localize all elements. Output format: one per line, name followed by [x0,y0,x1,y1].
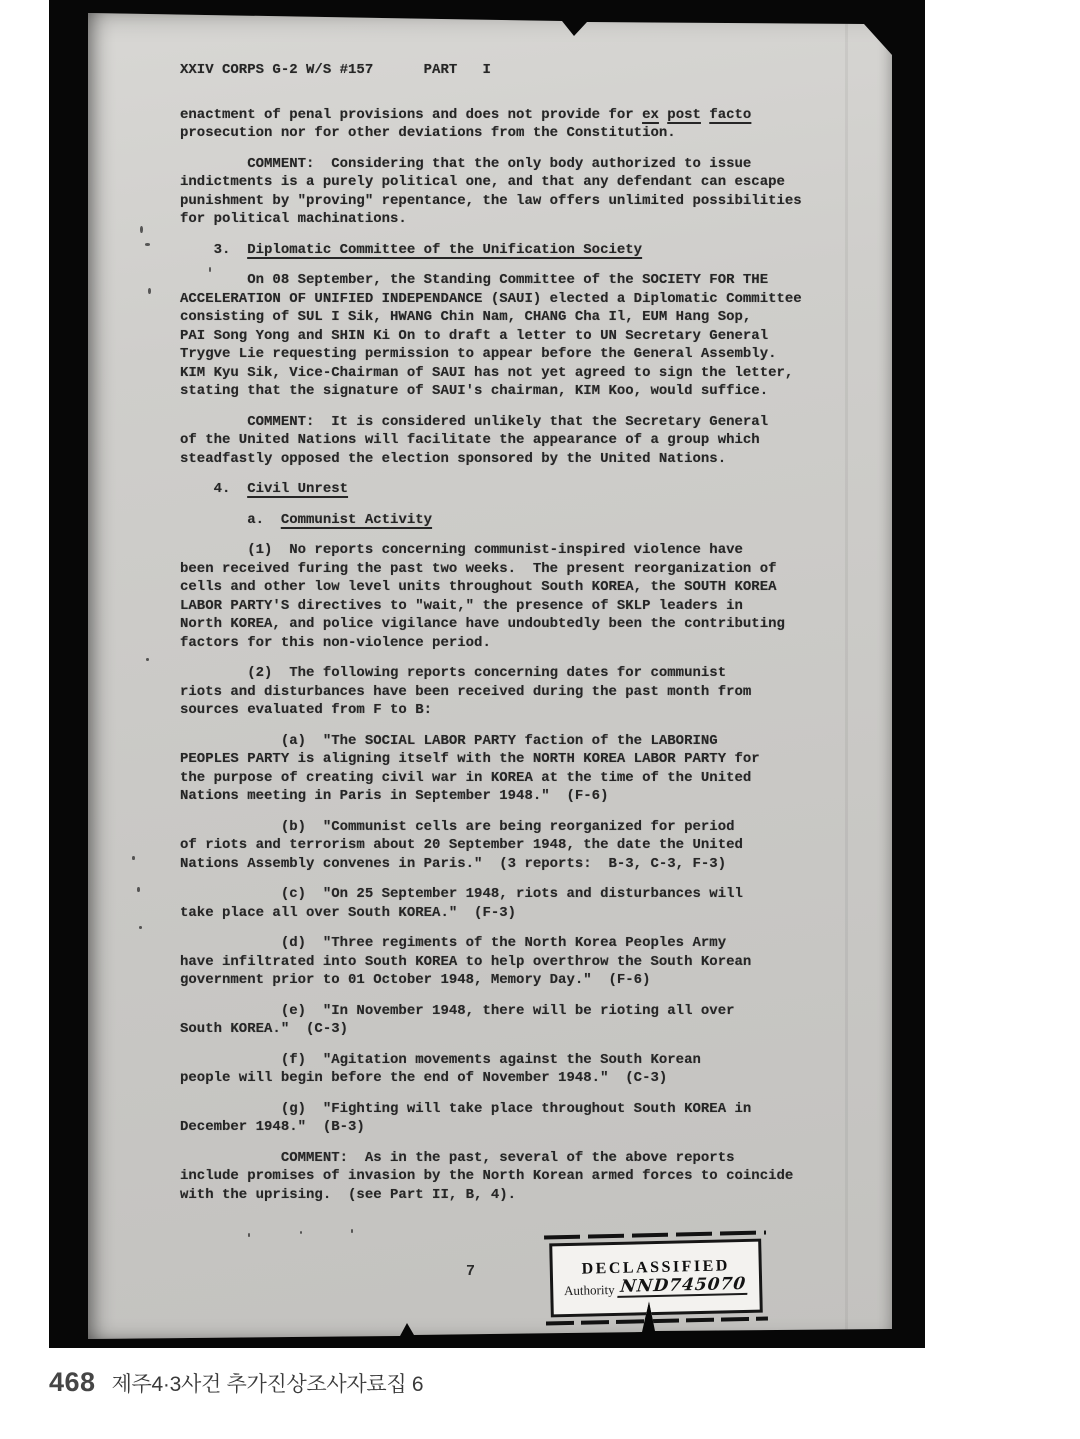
book-page-caption: 468 제주4·3사건 추가진상조사자료집 6 [49,1367,423,1398]
doc-line: (2) The following reports concerning dat… [180,664,848,683]
doc-line: Trygve Lie requesting permission to appe… [180,345,848,364]
doc-line: include promises of invasion by the Nort… [180,1167,848,1186]
doc-line: (e) "In November 1948, there will be rio… [180,1002,848,1021]
declassified-stamp: DECLASSIFIED Authority NND745070 [549,1239,763,1318]
stamp-authority-number: NND745070 [618,1276,750,1298]
doc-line: a. Communist Activity [180,511,848,530]
doc-line: COMMENT: As in the past, several of the … [180,1149,848,1168]
doc-block: (a) "The SOCIAL LABOR PARTY faction of t… [180,732,848,806]
doc-line: stating that the signature of SAUI's cha… [180,382,848,401]
scan-speck [209,267,211,272]
doc-line: sources evaluated from F to B: [180,701,848,720]
doc-block: (b) "Communist cells are being reorganiz… [180,818,848,874]
scanned-document-image: XXIV CORPS G-2 W/S #157 PART I enactment… [49,0,925,1348]
book-page-number: 468 [49,1367,96,1398]
doc-line: consisting of SUL I Sik, HWANG Chin Nam,… [180,308,848,327]
doc-line: enactment of penal provisions and does n… [180,106,848,125]
scan-speck [140,226,143,233]
doc-line: (d) "Three regiments of the North Korea … [180,934,848,953]
scan-speck [351,1229,353,1233]
doc-line: been received furing the past two weeks.… [180,560,848,579]
doc-line: COMMENT: It is considered unlikely that … [180,413,848,432]
doc-line: (g) "Fighting will take place throughout… [180,1100,848,1119]
doc-line: 3. Diplomatic Committee of the Unificati… [180,241,848,260]
doc-block: (d) "Three regiments of the North Korea … [180,934,848,990]
doc-line: KIM Kyu Sik, Vice-Chairman of SAUI has n… [180,364,848,383]
doc-block: (1) No reports concerning communist-insp… [180,541,848,652]
scan-speck [148,288,151,294]
document-body: XXIV CORPS G-2 W/S #157 PART I enactment… [180,61,848,1216]
scan-speck [132,856,135,860]
doc-block: (g) "Fighting will take place throughout… [180,1100,848,1137]
scan-speck [146,658,149,661]
doc-line: North KOREA, and police vigilance have u… [180,615,848,634]
doc-line: (f) "Agitation movements against the Sou… [180,1051,848,1070]
doc-line: have infiltrated into South KOREA to hel… [180,953,848,972]
doc-block: (e) "In November 1948, there will be rio… [180,1002,848,1039]
doc-line: prosecution nor for other deviations fro… [180,124,848,143]
doc-line: COMMENT: Considering that the only body … [180,155,848,174]
doc-line: government prior to 01 October 1948, Mem… [180,971,848,990]
stamp-authority-label: Authority [564,1282,615,1299]
scan-speck [300,1231,302,1234]
doc-line: punishment by "proving" repentance, the … [180,192,848,211]
scan-speck [145,243,150,246]
doc-line: Nations meeting in Paris in September 19… [180,787,848,806]
doc-line: PEOPLES PARTY is aligning itself with th… [180,750,848,769]
doc-line: with the uprising. (see Part II, B, 4). [180,1186,848,1205]
doc-block: a. Communist Activity [180,511,848,530]
doc-line: LABOR PARTY'S directives to "wait," the … [180,597,848,616]
doc-line: (b) "Communist cells are being reorganiz… [180,818,848,837]
doc-line: cells and other low level units througho… [180,578,848,597]
doc-line: of the United Nations will facilitate th… [180,431,848,450]
doc-block: COMMENT: It is considered unlikely that … [180,413,848,469]
doc-line: December 1948." (B-3) [180,1118,848,1137]
scan-speck [248,1233,250,1237]
doc-block: (2) The following reports concerning dat… [180,664,848,720]
scan-speck [137,887,140,892]
doc-line: factors for this non-violence period. [180,634,848,653]
document-header: XXIV CORPS G-2 W/S #157 PART I [180,61,848,80]
doc-block: 4. Civil Unrest [180,480,848,499]
doc-line: (c) "On 25 September 1948, riots and dis… [180,885,848,904]
doc-line: PAI Song Yong and SHIN Ki On to draft a … [180,327,848,346]
doc-line: 4. Civil Unrest [180,480,848,499]
doc-block: (c) "On 25 September 1948, riots and dis… [180,885,848,922]
doc-line: for political machinations. [180,210,848,229]
doc-line: (a) "The SOCIAL LABOR PARTY faction of t… [180,732,848,751]
document-paper-sheet: XXIV CORPS G-2 W/S #157 PART I enactment… [88,11,892,1341]
doc-line: ACCELERATION OF UNIFIED INDEPENDANCE (SA… [180,290,848,309]
doc-block: COMMENT: Considering that the only body … [180,155,848,229]
book-title: 제주4·3사건 추가진상조사자료집 6 [112,1368,424,1398]
doc-line: indictments is a purely political one, a… [180,173,848,192]
doc-block: (f) "Agitation movements against the Sou… [180,1051,848,1088]
doc-line: steadfastly opposed the election sponsor… [180,450,848,469]
doc-line: take place all over South KOREA." (F-3) [180,904,848,923]
doc-line: people will begin before the end of Nove… [180,1069,848,1088]
doc-line: riots and disturbances have been receive… [180,683,848,702]
doc-line: (1) No reports concerning communist-insp… [180,541,848,560]
doc-block: COMMENT: As in the past, several of the … [180,1149,848,1205]
page-number: 7 [466,1263,475,1280]
stamp-authority: Authority NND745070 [564,1276,749,1299]
doc-line: the purpose of creating civil war in KOR… [180,769,848,788]
doc-line: of riots and terrorism about 20 Septembe… [180,836,848,855]
doc-line: South KOREA." (C-3) [180,1020,848,1039]
doc-block: 3. Diplomatic Committee of the Unificati… [180,241,848,260]
doc-block: On 08 September, the Standing Committee … [180,271,848,401]
doc-line: On 08 September, the Standing Committee … [180,271,848,290]
scan-speck [139,926,142,929]
doc-block: enactment of penal provisions and does n… [180,106,848,143]
doc-line: Nations Assembly convenes in Paris." (3 … [180,855,848,874]
